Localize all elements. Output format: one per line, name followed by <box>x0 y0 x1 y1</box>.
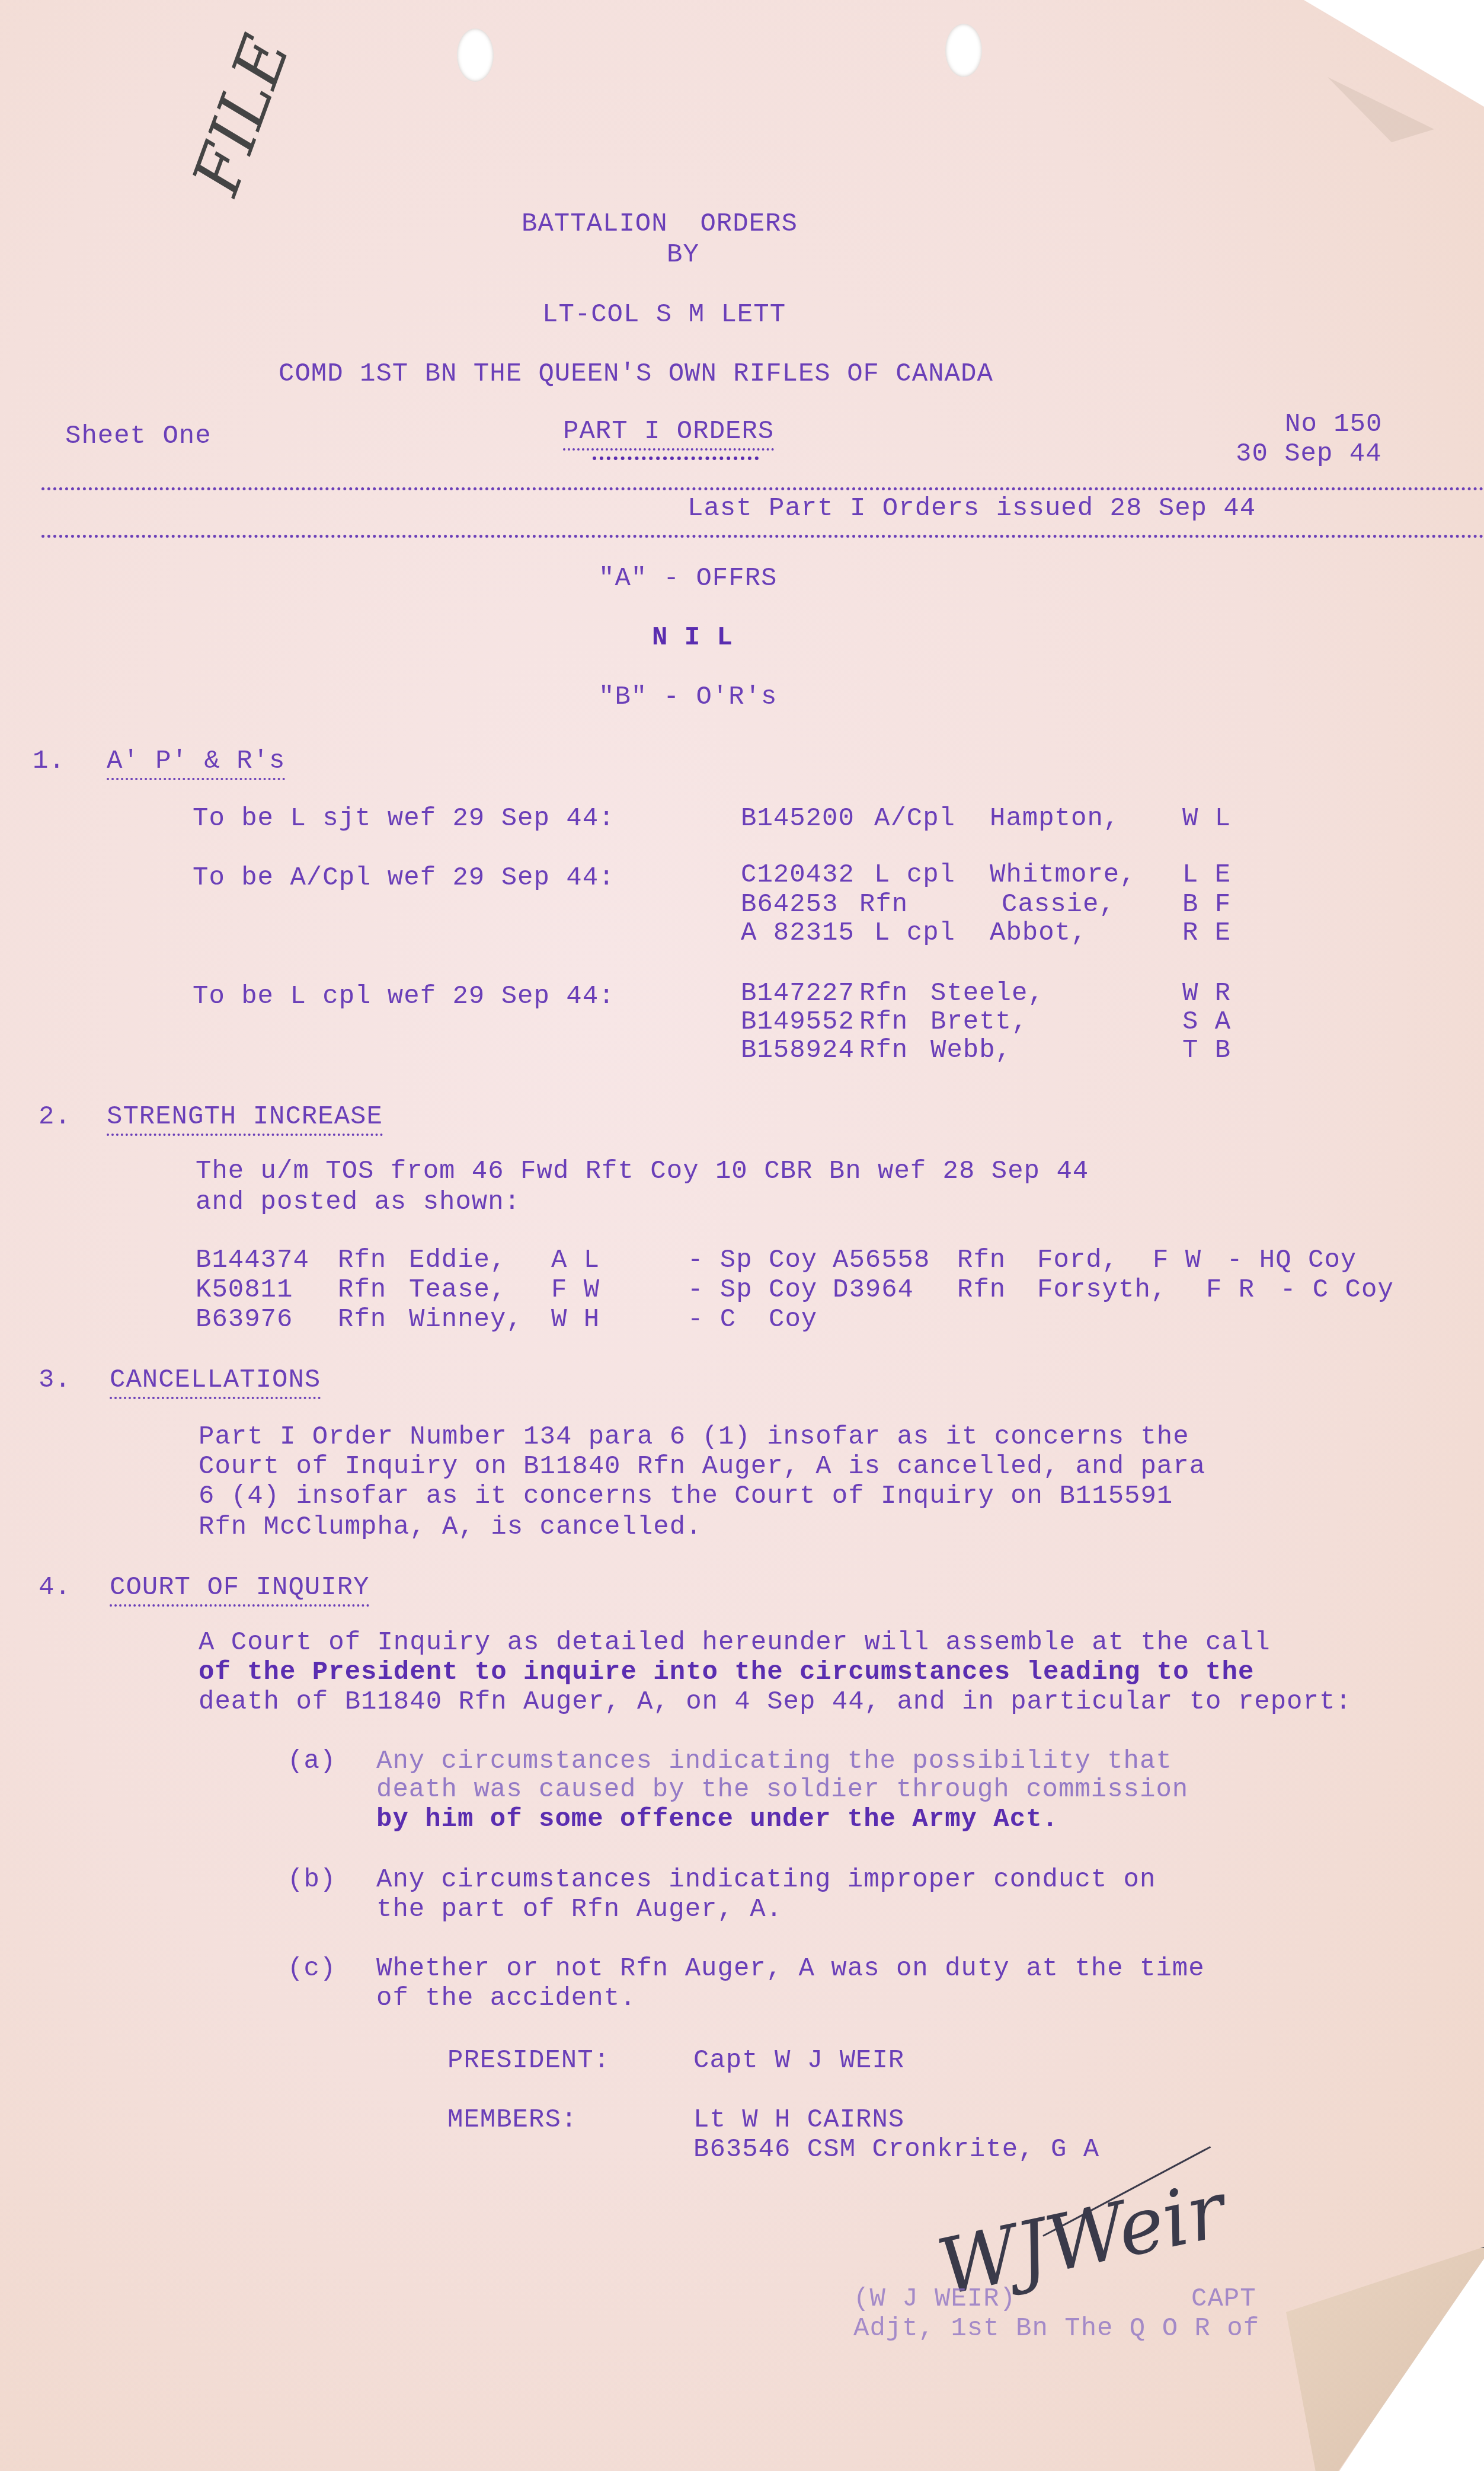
members-label: MEMBERS: <box>447 2105 577 2135</box>
member-name: B63546 CSM Cronkrite, G A <box>693 2134 1099 2165</box>
commander-name: LT-COL S M LETT <box>542 299 786 330</box>
item-b-label: (b) <box>287 1865 336 1895</box>
part-heading: PART I ORDERS <box>563 416 774 451</box>
inquiry-line: death of B11840 Rfn Auger, A, on 4 Sep 4… <box>199 1687 1352 1717</box>
item-a-label: (a) <box>287 1746 336 1777</box>
section-1-number: 1. <box>33 746 65 777</box>
sheet-label: Sheet One <box>65 421 212 452</box>
president-name: Capt W J WEIR <box>693 2045 904 2076</box>
strength-text-line1: The u/m TOS from 46 Fwd Rft Coy 10 CBR B… <box>196 1156 1089 1187</box>
item-c-line: of the accident. <box>376 1983 636 2014</box>
divider-top <box>41 487 1484 490</box>
cancellation-line: Part I Order Number 134 para 6 (1) insof… <box>199 1422 1189 1452</box>
group-label: To be L sjt wef 29 Sep 44: <box>193 803 615 834</box>
unit-name: COMD 1ST BN THE QUEEN'S OWN RIFLES OF CA… <box>279 359 993 390</box>
item-c-label: (c) <box>287 1953 336 1984</box>
signatory-name: (W J WEIR) <box>853 2284 1016 2314</box>
signatory-rank: CAPT <box>1191 2284 1256 2314</box>
cancellation-line: 6 (4) insofar as it concerns the Court o… <box>199 1481 1173 1512</box>
group-label: To be L cpl wef 29 Sep 44: <box>193 981 615 1012</box>
cancellation-line: Court of Inquiry on B11840 Rfn Auger, A … <box>199 1451 1205 1482</box>
item-a-line: death was caused by the soldier through … <box>376 1774 1188 1805</box>
order-date: 30 Sep 44 <box>1236 439 1382 470</box>
section-1-title: A' P' & R's <box>107 746 285 780</box>
part-double-underline <box>593 456 759 460</box>
section-3-number: 3. <box>39 1365 71 1396</box>
section-2-number: 2. <box>39 1102 71 1132</box>
section-4-title: COURT OF INQUIRY <box>110 1572 369 1607</box>
strength-text-line2: and posted as shown: <box>196 1187 520 1218</box>
punch-hole-right-icon <box>945 24 982 77</box>
inquiry-line: of the President to inquire into the cir… <box>199 1657 1254 1688</box>
punch-hole-left-icon <box>457 28 494 82</box>
item-b-line: Any circumstances indicating improper co… <box>376 1865 1156 1895</box>
item-c-line: Whether or not Rfn Auger, A was on duty … <box>376 1953 1205 1984</box>
a-offrs-heading: "A" - OFFRS <box>599 563 777 594</box>
title-line-2: BY <box>667 240 699 270</box>
b-ors-heading: "B" - O'R's <box>599 682 777 713</box>
nil-text: N I L <box>652 622 733 653</box>
title-line-1: BATTALION ORDERS <box>522 209 798 240</box>
president-label: PRESIDENT: <box>447 2045 610 2076</box>
order-number: No 150 <box>1285 409 1382 440</box>
divider-bottom <box>41 535 1484 538</box>
last-orders-note: Last Part I Orders issued 28 Sep 44 <box>687 493 1256 524</box>
inquiry-line: A Court of Inquiry as detailed hereunder… <box>199 1627 1271 1658</box>
cancellation-line: Rfn McClumpha, A, is cancelled. <box>199 1512 702 1543</box>
item-a-line: by him of some offence under the Army Ac… <box>376 1804 1058 1835</box>
group-label: To be A/Cpl wef 29 Sep 44: <box>193 863 615 893</box>
item-b-line: the part of Rfn Auger, A. <box>376 1894 782 1925</box>
section-2-title: STRENGTH INCREASE <box>107 1102 383 1136</box>
member-name: Lt W H CAIRNS <box>693 2105 904 2135</box>
signatory-appointment: Adjt, 1st Bn The Q O R of <box>853 2313 1259 2344</box>
item-a-line: Any circumstances indicating the possibi… <box>376 1746 1172 1777</box>
section-4-number: 4. <box>39 1572 71 1603</box>
section-3-title: CANCELLATIONS <box>110 1365 321 1399</box>
